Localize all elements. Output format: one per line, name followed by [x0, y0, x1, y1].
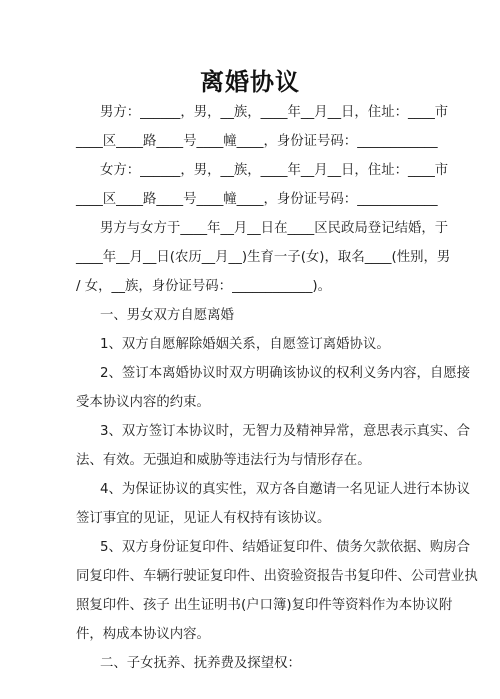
paragraph-line: 签订事宜的见证，见证人有权持有该协议。	[76, 509, 426, 529]
document-page: 离婚协议 男方：______，男，__族，____年__月__日，住址：____…	[0, 0, 500, 699]
paragraph-line: 5、双方身份证复印件、结婚证复印件、债务欠款依据、购房合	[100, 538, 450, 558]
paragraph-line: / 女，__族，身份证号码：____________)。	[76, 277, 426, 297]
paragraph-line: 法、有效。无强迫和威胁等违法行为与情形存在。	[76, 451, 426, 471]
paragraph-line: 件，构成本协议内容。	[76, 625, 426, 645]
paragraph-line: ____区____路____号____幢____，身份证号码：_________…	[76, 132, 426, 152]
paragraph-line: 一、男女双方自愿离婚	[100, 306, 450, 326]
paragraph-line: 二、子女抚养、抚养费及探望权：	[100, 654, 450, 674]
paragraph-line: ____年__月__日(农历__月__)生育一子(女)，取名____(性别，男	[76, 248, 426, 268]
paragraph-line: 3、双方签订本协议时，无智力及精神异常，意思表示真实、合	[100, 422, 450, 442]
paragraph-line: 同复印件、车辆行驶证复印件、出资验资报告书复印件、公司营业执	[76, 567, 426, 587]
paragraph-line: 2、签订本离婚协议时双方明确该协议的权利义务内容，自愿接	[100, 364, 450, 384]
paragraph-line: 1、双方自愿解除婚姻关系，自愿签订离婚协议。	[100, 335, 450, 355]
paragraph-line: 照复印件、孩子 出生证明书(户口簿)复印件等资料作为本协议附	[76, 596, 426, 616]
paragraph-line: ____区____路____号____幢____，身份证号码：_________…	[76, 190, 426, 210]
paragraph-line: 男方：______，男，__族，____年__月__日，住址：____市	[100, 103, 450, 123]
document-title: 离婚协议	[0, 62, 500, 97]
paragraph-line: 受本协议内容的约束。	[76, 393, 426, 413]
paragraph-line: 女方：______，男，__族，____年__月__日，住址：____市	[100, 161, 450, 181]
paragraph-line: 男方与女方于____年__月__日在____区民政局登记结婚，于	[100, 219, 450, 239]
paragraph-line: 4、为保证协议的真实性，双方各自邀请一名见证人进行本协议	[100, 480, 450, 500]
